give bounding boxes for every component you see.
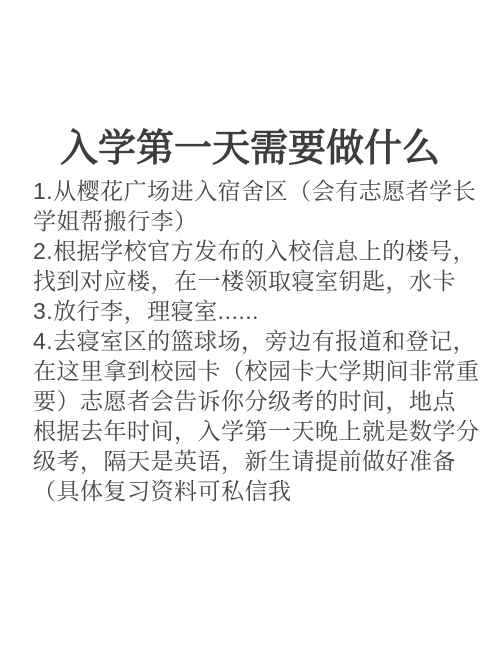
- note-page: 入学第一天需要做什么 1.从樱花广场进入宿舍区（会有志愿者学长 学姐帮搬行李） …: [0, 0, 500, 653]
- body-line-1: 1.从樱花广场进入宿舍区（会有志愿者学长: [33, 176, 489, 206]
- body-line-11: （具体复习资料可私信我: [33, 476, 489, 506]
- body-line-9: 根据去年时间，入学第一天晚上就是数学分: [33, 416, 489, 446]
- body-line-2: 学姐帮搬行李）: [33, 206, 489, 236]
- body-line-10: 级考，隔天是英语，新生请提前做好准备: [33, 446, 489, 476]
- body-line-3: 2.根据学校官方发布的入校信息上的楼号，: [33, 236, 489, 266]
- body-line-6: 4.去寝室区的篮球场，旁边有报道和登记，: [33, 326, 489, 356]
- body-line-4: 找到对应楼，在一楼领取寝室钥匙，水卡: [33, 266, 489, 296]
- body-line-8: 要）志愿者会告诉你分级考的时间，地点: [33, 386, 489, 416]
- page-title: 入学第一天需要做什么: [0, 126, 500, 172]
- body-line-5: 3.放行李，理寝室......: [33, 296, 489, 326]
- note-body: 1.从樱花广场进入宿舍区（会有志愿者学长 学姐帮搬行李） 2.根据学校官方发布的…: [33, 176, 489, 506]
- body-line-7: 在这里拿到校园卡（校园卡大学期间非常重: [33, 356, 489, 386]
